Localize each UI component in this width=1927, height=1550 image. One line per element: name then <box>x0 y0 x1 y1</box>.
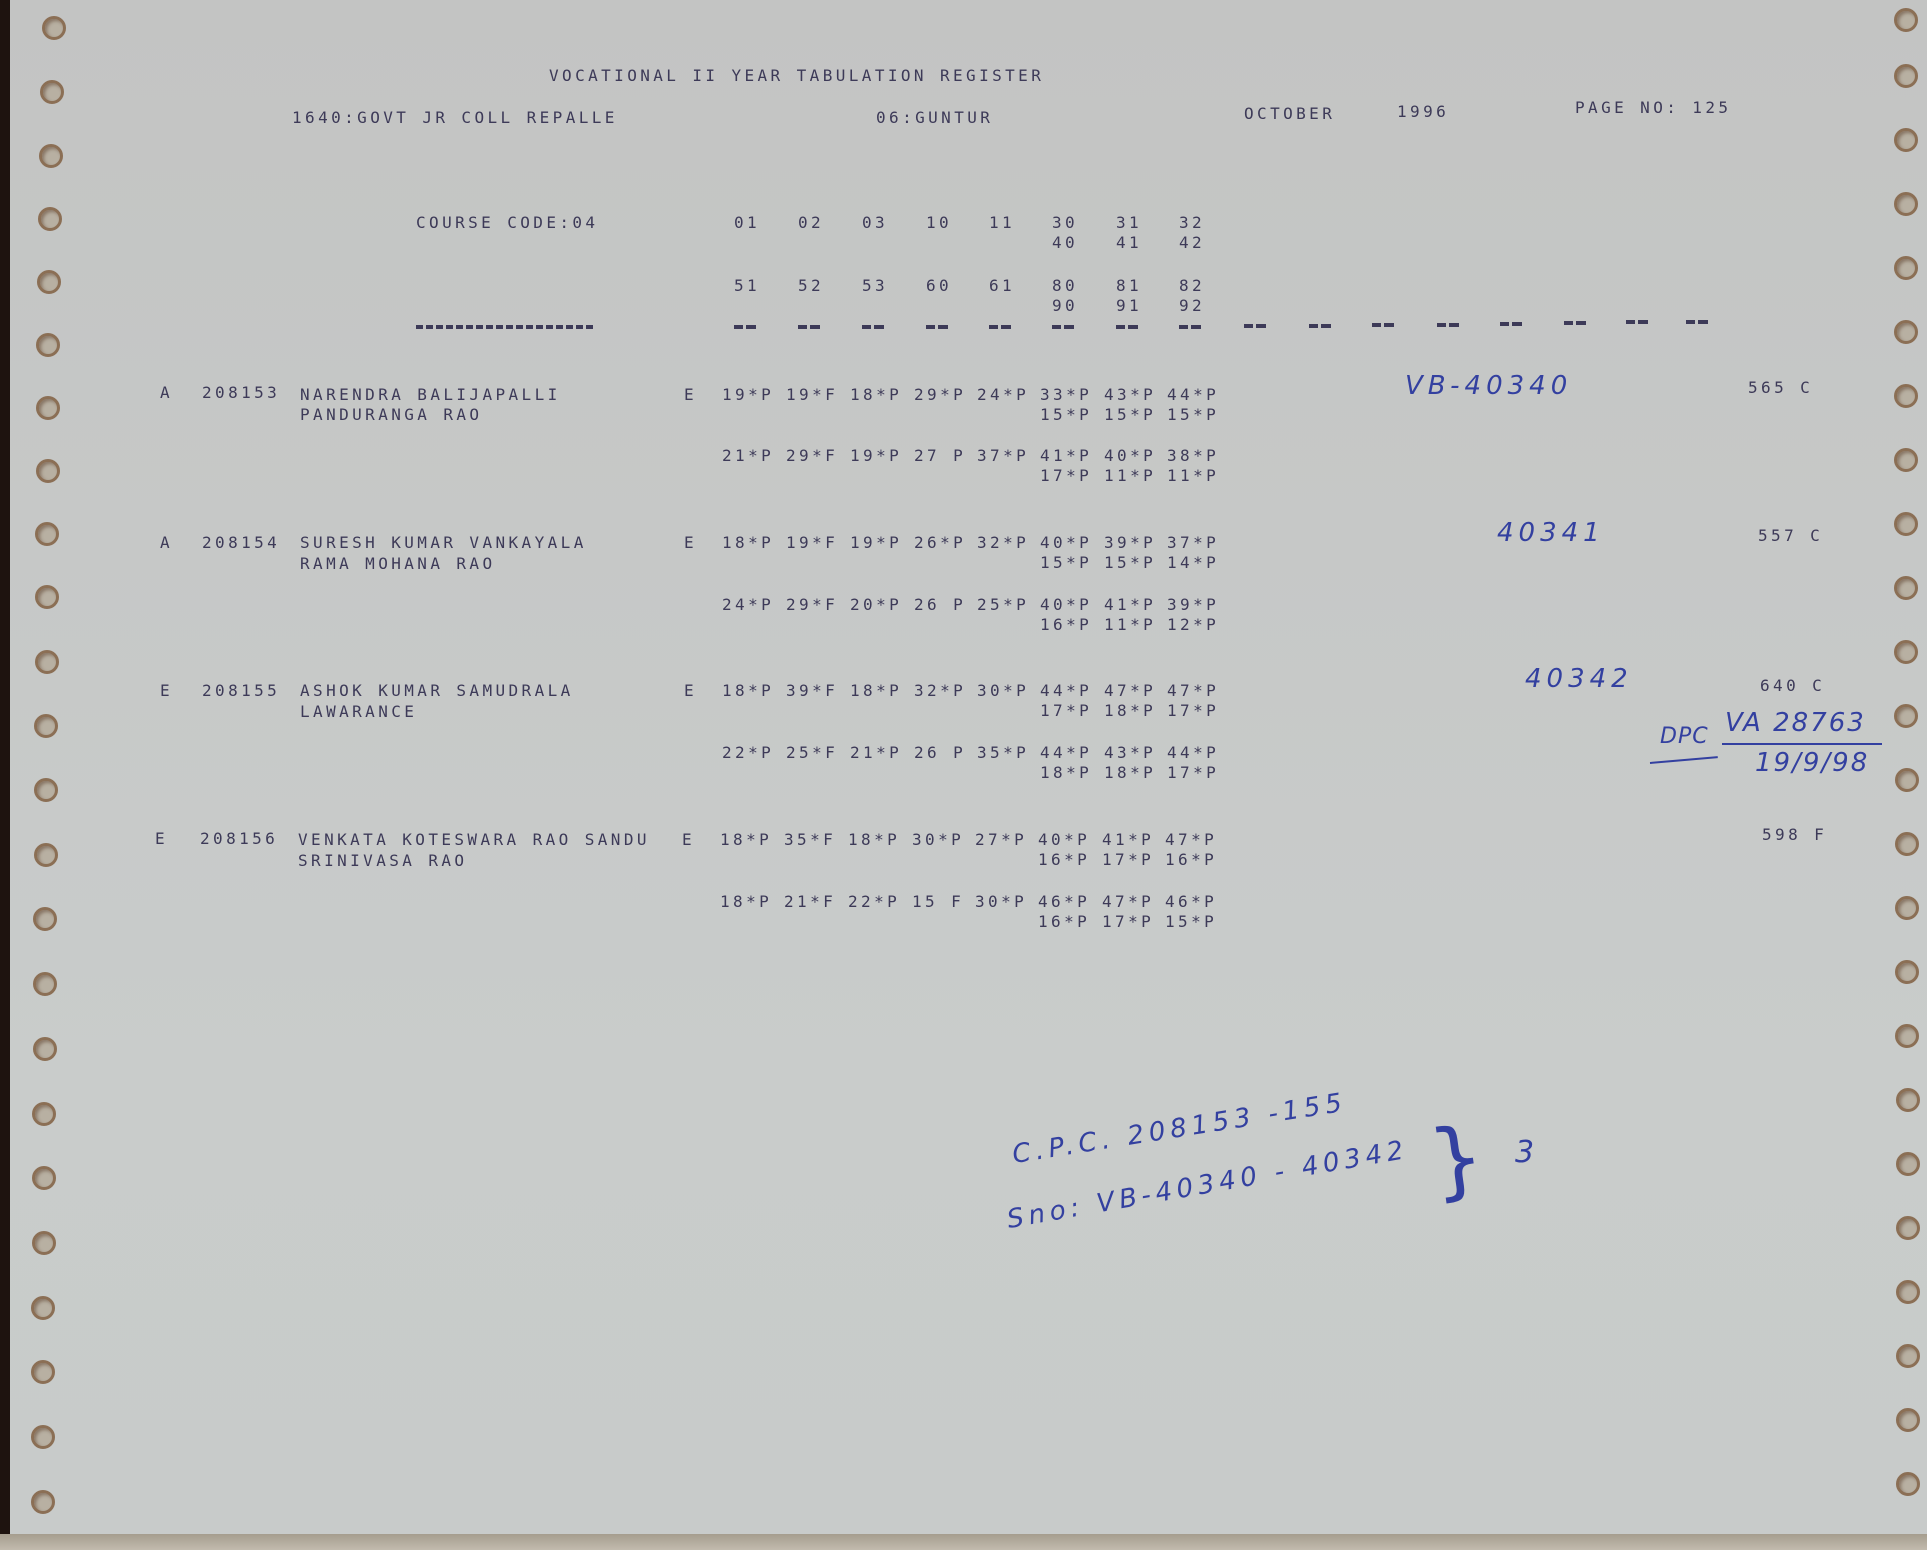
subject-code: 11 <box>989 213 1015 233</box>
student-category: E <box>155 829 168 849</box>
sprocket-hole-icon <box>1894 512 1918 536</box>
sprocket-hole-icon <box>36 333 60 357</box>
bottom-page-edge <box>0 1534 1927 1550</box>
sprocket-hole-icon <box>35 585 59 609</box>
sprocket-hole-icon <box>1894 320 1918 344</box>
subject-code: 40 <box>1052 233 1078 253</box>
dpc-number: VA 28763 <box>1725 708 1866 738</box>
sprocket-hole-icon <box>35 522 59 546</box>
sprocket-hole-icon <box>1894 8 1918 32</box>
student-category: E <box>160 681 173 701</box>
student-name: SURESH KUMAR VANKAYALA <box>300 533 587 553</box>
sprocket-hole-icon <box>33 972 57 996</box>
sprocket-hole-icon <box>33 1037 57 1061</box>
medium: E <box>684 533 697 553</box>
handwritten-reference: 40341 <box>1497 518 1605 548</box>
tabulation-register-page: VOCATIONAL II YEAR TABULATION REGISTER 1… <box>10 0 1927 1537</box>
student-name: NARENDRA BALIJAPALLI <box>300 385 561 405</box>
subject-code: 02 <box>798 213 824 233</box>
dpc-underline <box>1650 756 1718 764</box>
student-name-line2: LAWARANCE <box>300 702 417 722</box>
total-marks: 557 C <box>1758 526 1823 546</box>
medium: E <box>684 385 697 405</box>
total-marks: 598 F <box>1762 825 1827 845</box>
student-category: A <box>160 533 173 553</box>
sprocket-hole-icon <box>1895 832 1919 856</box>
subject-code: 61 <box>989 276 1015 296</box>
sprocket-hole-icon <box>36 396 60 420</box>
sprocket-hole-icon <box>42 16 66 40</box>
sprocket-hole-icon <box>38 207 62 231</box>
sprocket-hole-icon <box>1895 1024 1919 1048</box>
sprocket-hole-icon <box>40 80 64 104</box>
sprocket-hole-icon <box>1896 1088 1920 1112</box>
sprocket-hole-icon <box>1894 448 1918 472</box>
subject-code: 32 <box>1179 213 1205 233</box>
subject-code: 10 <box>926 213 952 233</box>
subject-code: 01 <box>734 213 760 233</box>
sprocket-hole-icon <box>33 907 57 931</box>
subject-code: 82 <box>1179 276 1205 296</box>
certificate-count: 3 <box>1515 1135 1539 1170</box>
dpc-date: 19/9/98 <box>1755 748 1869 778</box>
dpc-label: DPC <box>1660 724 1709 749</box>
sprocket-hole-icon <box>32 1102 56 1126</box>
sprocket-hole-icon <box>32 1166 56 1190</box>
sprocket-hole-icon <box>34 714 58 738</box>
sprocket-hole-icon <box>39 144 63 168</box>
subject-code: 30 <box>1052 213 1078 233</box>
subject-code: 81 <box>1116 276 1142 296</box>
brace-icon: } <box>1423 1107 1490 1211</box>
sprocket-hole-icon <box>1895 960 1919 984</box>
medium: E <box>684 681 697 701</box>
sprocket-hole-icon <box>1896 1280 1920 1304</box>
sprocket-hole-icon <box>31 1360 55 1384</box>
subject-code: 52 <box>798 276 824 296</box>
exam-month: OCTOBER <box>1244 104 1335 124</box>
sprocket-hole-icon <box>1895 768 1919 792</box>
sprocket-hole-icon <box>31 1425 55 1449</box>
sprocket-hole-icon <box>32 1231 56 1255</box>
sprocket-hole-icon <box>1894 640 1918 664</box>
sprocket-hole-icon <box>1896 1152 1920 1176</box>
sprocket-hole-icon <box>1896 1216 1920 1240</box>
student-name: ASHOK KUMAR SAMUDRALA <box>300 681 574 701</box>
student-name: VENKATA KOTESWARA RAO SANDU <box>298 830 650 850</box>
sprocket-hole-icon <box>31 1490 55 1514</box>
total-marks: 565 C <box>1748 378 1813 398</box>
sprocket-hole-icon <box>1894 704 1918 728</box>
college-name: 1640:GOVT JR COLL REPALLE <box>292 108 618 128</box>
sprocket-hole-icon <box>1896 1408 1920 1432</box>
subject-code: 91 <box>1116 296 1142 316</box>
sprocket-hole-icon <box>1894 192 1918 216</box>
sprocket-hole-icon <box>37 270 61 294</box>
medium: E <box>682 830 695 850</box>
subject-code: 53 <box>862 276 888 296</box>
subject-code: 41 <box>1116 233 1142 253</box>
course-code: COURSE CODE:04 <box>416 213 598 233</box>
subject-code: 80 <box>1052 276 1078 296</box>
separator-line <box>416 325 596 329</box>
register-title: VOCATIONAL II YEAR TABULATION REGISTER <box>549 66 1044 86</box>
sprocket-hole-icon <box>31 1296 55 1320</box>
sprocket-hole-icon <box>36 459 60 483</box>
sprocket-hole-icon <box>1894 128 1918 152</box>
subject-code: 60 <box>926 276 952 296</box>
page-number: PAGE NO: 125 <box>1575 98 1731 118</box>
student-category: A <box>160 383 173 403</box>
sprocket-hole-icon <box>1896 1472 1920 1496</box>
subject-code: 51 <box>734 276 760 296</box>
sprocket-hole-icon <box>1896 1344 1920 1368</box>
student-name-line2: PANDURANGA RAO <box>300 405 482 425</box>
sprocket-hole-icon <box>1894 64 1918 88</box>
sprocket-hole-icon <box>34 843 58 867</box>
hall-ticket-number: 208154 <box>202 533 280 553</box>
sprocket-hole-icon <box>1894 384 1918 408</box>
subject-code: 92 <box>1179 296 1205 316</box>
hall-ticket-number: 208156 <box>200 829 278 849</box>
exam-year: 1996 <box>1397 102 1449 122</box>
subject-code: 31 <box>1116 213 1142 233</box>
total-marks: 640 C <box>1760 676 1825 696</box>
sprocket-hole-icon <box>35 650 59 674</box>
hall-ticket-number: 208155 <box>202 681 280 701</box>
handwritten-reference: 40342 <box>1525 664 1633 694</box>
sprocket-hole-icon <box>1894 256 1918 280</box>
student-name-line2: RAMA MOHANA RAO <box>300 554 496 574</box>
subject-code: 90 <box>1052 296 1078 316</box>
sprocket-hole-icon <box>34 778 58 802</box>
sprocket-hole-icon <box>1895 896 1919 920</box>
hall-ticket-number: 208153 <box>202 383 280 403</box>
dpc-fraction-line <box>1722 743 1882 745</box>
subject-code: 03 <box>862 213 888 233</box>
handwritten-reference: VB-40340 <box>1405 371 1572 401</box>
district-name: 06:GUNTUR <box>876 108 993 128</box>
sprocket-hole-icon <box>1894 576 1918 600</box>
subject-code: 42 <box>1179 233 1205 253</box>
student-name-line2: SRINIVASA RAO <box>298 851 467 871</box>
